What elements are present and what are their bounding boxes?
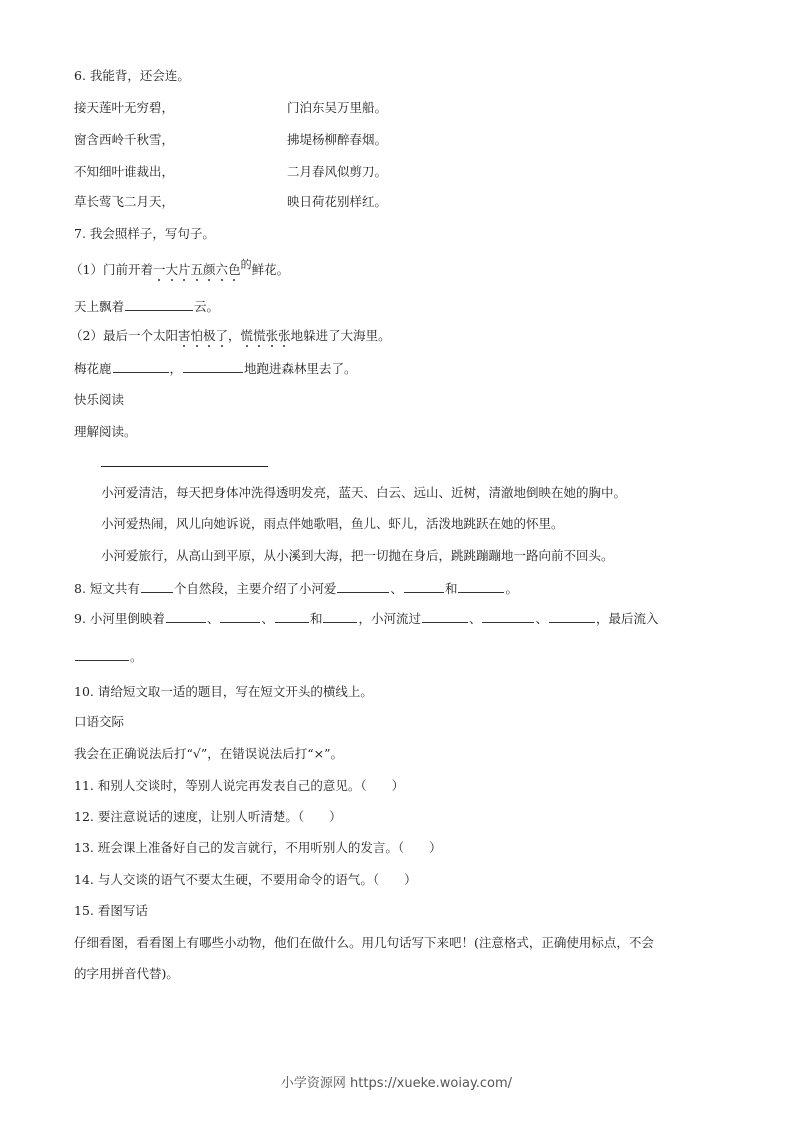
poem-left: 不知细叶谁裁出， — [74, 164, 174, 179]
answer-blank[interactable] — [113, 360, 169, 373]
q9-text: 和 — [310, 611, 323, 626]
judgement-item[interactable]: 12. 要注意说话的速度，让别人听清楚。（ ） — [74, 809, 342, 825]
reading-instruction: 理解阅读。 — [74, 424, 137, 440]
paragraph: 小河爱清洁，每天把身体冲洗得透明发亮，蓝天、白云、远山、近树，清澈地倒映在她的胸… — [101, 485, 626, 501]
q8-text: 个自然段，主要介绍了小河爱 — [174, 581, 337, 596]
answer-blank[interactable] — [125, 298, 193, 311]
question-9-cont: 。 — [74, 648, 143, 665]
q15-instruction: 仔细看图，看看图上有哪些小动物，他们在做什么。用几句话写下来吧！(注意格式，正确… — [74, 935, 654, 951]
answer-blank[interactable] — [458, 580, 504, 593]
q15-title: 15. 看图写话 — [74, 903, 148, 919]
poem-left: 草长莺飞二月天， — [74, 194, 174, 209]
example-text: 鲜花。 — [252, 262, 290, 277]
poem-right: 映日荷花别样红。 — [287, 194, 387, 210]
q8-text: 、 — [390, 581, 403, 596]
q8-text: 8. 短文共有 — [74, 581, 140, 596]
answer-blank[interactable] — [422, 610, 468, 623]
q6-title: 6. 我能背，还会连。 — [74, 68, 190, 84]
q7-answer-2: 梅花鹿，地跑进森林里去了。 — [74, 360, 357, 377]
q9-text: ，小河流过 — [358, 611, 421, 626]
example-text: （1）门前开着 — [70, 262, 153, 277]
q7-example-1: （1）门前开着一大片五颜六色的鲜花。 — [70, 262, 289, 279]
answer-blank[interactable] — [141, 580, 173, 593]
poem-right: 拂堤杨柳醉春烟。 — [287, 132, 387, 148]
poem-left: 窗含西岭千秋雪， — [74, 132, 174, 147]
judgement-item[interactable]: 11. 和别人交谈时，等别人说完再发表自己的意见。（ ） — [74, 778, 404, 794]
answer-blank[interactable] — [183, 360, 243, 373]
section-heading: 口语交际 — [74, 714, 124, 730]
answer-blank[interactable] — [220, 610, 260, 623]
emphasis-char: 颜 — [203, 262, 216, 277]
paragraph: 小河爱热闹，风儿向她诉说，雨点伴她歌唱，鱼儿、虾儿，活泼地跳跃在她的怀里。 — [101, 516, 564, 532]
answer-blank[interactable] — [337, 580, 389, 593]
superscript-char: 的 — [241, 258, 252, 271]
emphasis-char: 慌 — [241, 328, 254, 343]
emphasis-char: 慌 — [253, 328, 266, 343]
q7-answer-1: 天上飘着云。 — [74, 298, 219, 315]
emphasis-char: 色 — [228, 262, 241, 277]
answer-suffix: 云。 — [194, 299, 219, 314]
page-footer: 小学资源网 https://xueke.woiay.com/ — [0, 1072, 793, 1091]
emphasis-char: 张 — [278, 328, 291, 343]
answer-prefix: 梅花鹿 — [74, 361, 112, 376]
paragraph: 小河爱旅行，从高山到平原，从小溪到大海，把一切抛在身后，跳跳蹦蹦地一路向前不回头… — [101, 548, 614, 564]
q15-instruction: 的字用拼音代替)。 — [74, 966, 179, 982]
oral-instruction: 我会在正确说法后打“√”，在错误说法后打“×”。 — [74, 746, 343, 762]
answer-prefix: 天上飘着 — [74, 299, 124, 314]
poem-left: 接天莲叶无穷碧， — [74, 100, 174, 115]
q9-text: 、 — [469, 611, 482, 626]
q7-title: 7. 我会照样子，写句子。 — [74, 226, 215, 242]
poem-row: 不知细叶谁裁出， 二月春风似剪刀。 — [74, 164, 174, 180]
judgement-item[interactable]: 13. 班会课上准备好自己的发言就行，不用听别人的发言。（ ） — [74, 840, 442, 856]
q9-text: 、 — [535, 611, 548, 626]
emphasis-char: 大 — [165, 262, 178, 277]
q9-text: 、 — [261, 611, 274, 626]
q7-example-2: （2）最后一个太阳害怕极了，慌慌张张地躲进了大海里。 — [70, 328, 391, 344]
emphasis-char: 片 — [178, 262, 191, 277]
question-10: 10. 请给短文取一适的题目，写在短文开头的横线上。 — [74, 684, 373, 700]
q8-text: 和 — [445, 581, 458, 596]
section-heading: 快乐阅读 — [74, 392, 124, 408]
poem-row: 接天莲叶无穷碧， 门泊东吴万里船。 — [74, 100, 174, 116]
question-8: 8. 短文共有个自然段，主要介绍了小河爱、和。 — [74, 580, 518, 597]
emphasis-char: 五 — [191, 262, 204, 277]
example-text: 地躲进了大海里。 — [291, 328, 391, 343]
example-text: （2）最后一个太阳 — [70, 328, 178, 343]
q9-text: ，最后流入 — [596, 611, 659, 626]
emphasis-char: 一 — [153, 262, 166, 277]
emphasis-char: 害 — [178, 328, 191, 343]
emphasis-char: 怕 — [190, 328, 203, 343]
answer-blank[interactable] — [275, 610, 309, 623]
answer-blank[interactable] — [166, 610, 206, 623]
answer-blank[interactable] — [323, 610, 357, 623]
q9-text: 。 — [130, 649, 143, 664]
emphasis-char: 极 — [203, 328, 216, 343]
emphasis-char: 了 — [216, 328, 229, 343]
judgement-item[interactable]: 14. 与人交谈的语气不要太生硬，不要用命令的语气。（ ） — [74, 872, 417, 888]
q8-text: 。 — [505, 581, 518, 596]
poem-row: 草长莺飞二月天， 映日荷花别样红。 — [74, 194, 174, 210]
answer-blank[interactable] — [482, 610, 534, 623]
example-text: ， — [228, 328, 241, 343]
answer-comma: ， — [170, 361, 183, 376]
poem-row: 窗含西岭千秋雪， 拂堤杨柳醉春烟。 — [74, 132, 174, 148]
answer-suffix: 地跑进森林里去了。 — [244, 361, 357, 376]
q9-text: 9. 小河里倒映着 — [74, 611, 165, 626]
poem-right: 二月春风似剪刀。 — [287, 164, 387, 180]
q9-text: 、 — [207, 611, 220, 626]
question-9: 9. 小河里倒映着、、和，小河流过、、，最后流入 — [74, 610, 659, 627]
emphasis-char: 张 — [266, 328, 279, 343]
answer-blank[interactable] — [75, 648, 129, 661]
title-blank[interactable] — [101, 466, 268, 467]
emphasis-char: 六 — [216, 262, 229, 277]
answer-blank[interactable] — [549, 610, 595, 623]
poem-right: 门泊东吴万里船。 — [287, 100, 387, 116]
answer-blank[interactable] — [404, 580, 444, 593]
